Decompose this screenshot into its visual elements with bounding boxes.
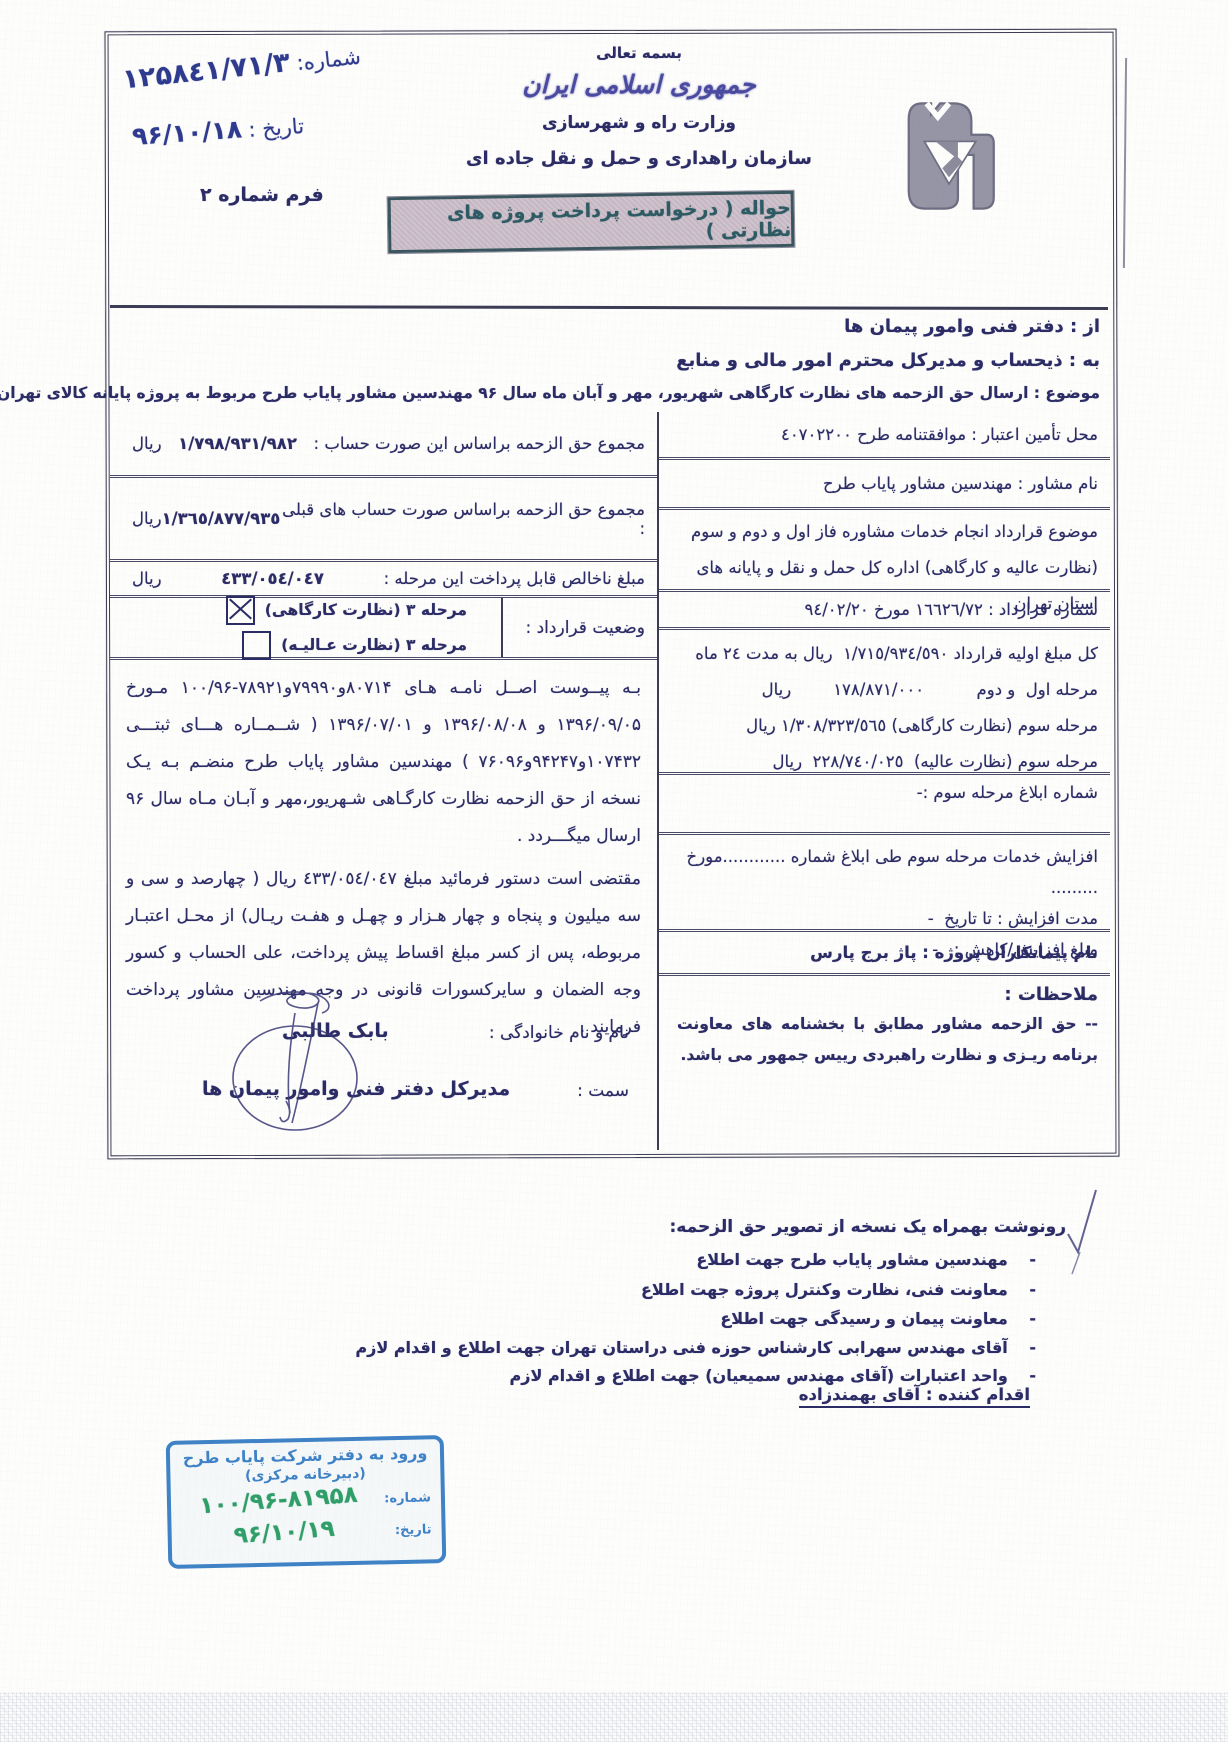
checkbox-empty-icon [242, 631, 271, 660]
letter-body: بـه پیــوست اصــل نامـه هـای ۸۰۷۱۴و۷۹۹۹۰… [110, 660, 657, 995]
status-option-site-supervision-label: مرحله ۳ (نظارت کارگاهی) [265, 601, 467, 619]
total-amount-line: کل مبلغ اولیه قرارداد ١/٧١٥/٩٣٤/٥٩٠ ریال… [671, 636, 1098, 672]
bismillah-text: بسمه تعالی [514, 44, 764, 62]
cc-item-text: مهندسین مشاور پایاب طرح جهت اطلاع [696, 1250, 1007, 1269]
status-option-high-supervision: مرحله ۳ (نظارت عـالیـه) [110, 631, 467, 660]
consultant-name-row: نام مشاور : مهندسین مشاور پایاب طرح [659, 460, 1110, 510]
gross-payable-label: مبلغ ناخالص قابل پرداخت این مرحله : [384, 569, 645, 588]
service-increase-row: افزایش خدمات مرحله سوم طی ابلاغ شماره ..… [659, 835, 1110, 932]
cc-list-item: - معاونت فنی، نظارت وکنترل پروژه جهت اطل… [641, 1280, 1036, 1299]
letter-body-paragraph-1: بـه پیــوست اصــل نامـه هـای ۸۰۷۱۴و۷۹۹۹۰… [126, 670, 641, 855]
remarks-text: -- حق الزحمه مشاور مطابق با بخشنامه های … [671, 1009, 1098, 1071]
ministry-name: وزارت راه و شهرسازی [489, 113, 789, 133]
gross-payable-row: مبلغ ناخالص قابل پرداخت این مرحله : ٤٣٣/… [110, 562, 657, 598]
cc-list-item: - آقای مهندس سهرابی کارشناس حوزه فنی درا… [355, 1338, 1036, 1357]
contract-status-options: مرحله ۳ (نظارت کارگاهی) مرحله ۳ (نظارت ع… [110, 598, 501, 657]
reference-number-label: شماره: [295, 45, 362, 76]
list-dash-icon: - [1029, 1309, 1036, 1328]
current-invoice-total-row: مجموع حق الزحمه براساس این صورت حساب : ١… [110, 412, 657, 478]
contract-subject-row: موضوع قرارداد انجام خدمات مشاوره فاز اول… [659, 510, 1110, 592]
phase-3-site-supervision-amount-line: مرحله سوم (نظارت کارگاهی) ١/٣٠٨/٣٢٣/٥٦٥ … [671, 708, 1098, 744]
previous-invoices-total-value: ١/٣٦٥/٨٧٧/٩٣٥ [162, 509, 281, 528]
contract-status-label: وضعیت قرارداد : [501, 598, 657, 657]
scan-artifact-streak [1123, 58, 1127, 268]
increase-duration-line: مدت افزایش : تا تاریخ - [671, 903, 1098, 934]
funding-source-row: محل تأمین اعتبار : موافقتنامه طرح ٤٠٧٠٢٢… [659, 412, 1110, 460]
checkbox-checked-icon [226, 596, 255, 625]
previous-invoices-total-label: مجموع حق الزحمه براساس صورت حساب های قبل… [280, 500, 645, 538]
to-line: به : ذیحساب و مدیرکل محترم امور مالی و م… [676, 350, 1100, 371]
scan-noise-band [0, 1692, 1228, 1742]
company-entry-stamp: ورود به دفتر شرکت پایاب طرح (دبیرخانه مر… [166, 1435, 447, 1569]
handwritten-signature [200, 973, 400, 1153]
road-maintenance-organization-logo-icon [893, 90, 1005, 222]
from-line: از : دفتر فنی وامور پیمان ها [844, 316, 1100, 337]
current-invoice-total-value: ١/٧٩٨/٩٣١/٩٨٢ [178, 434, 297, 453]
date-label: تاریخ : [248, 114, 305, 142]
cc-list-item: - مهندسین مشاور پایاب طرح جهت اطلاع [696, 1250, 1036, 1269]
handwritten-checkmark-icon [1058, 1186, 1104, 1276]
funding-source-text: محل تأمین اعتبار : موافقتنامه طرح ٤٠٧٠٢٢… [781, 425, 1098, 444]
document-title-box: حواله ( درخواست پرداخت پروژه های نظارتی … [388, 191, 795, 253]
increase-notice-line: افزایش خدمات مرحله سوم طی ابلاغ شماره ..… [671, 841, 1098, 903]
previous-invoices-total-unit: ریال [132, 509, 162, 528]
remarks-label: ملاحظات : [671, 984, 1098, 1005]
signatory-name-label: نام و نام خانوادگی : [489, 1023, 629, 1043]
previous-invoices-total-row: مجموع حق الزحمه براساس صورت حساب های قبل… [110, 478, 657, 562]
stamp-date-label: تاریخ: [395, 1522, 432, 1538]
contract-amounts-row: کل مبلغ اولیه قرارداد ١/٧١٥/٩٣٤/٥٩٠ ریال… [659, 630, 1110, 775]
consultant-name-text: نام مشاور : مهندسین مشاور پایاب طرح [823, 474, 1098, 493]
gross-payable-unit: ریال [132, 569, 162, 588]
contract-status-row: وضعیت قرارداد : مرحله ۳ (نظارت کارگاهی) … [110, 598, 657, 660]
list-dash-icon: - [1029, 1366, 1036, 1385]
list-dash-icon: - [1029, 1338, 1036, 1357]
cc-item-text: معاونت فنی، نظارت وکنترل پروژه جهت اطلاع [641, 1280, 1008, 1299]
project-contractors-row: نام پیمانکاران پروژه : پاژ برج پارس [659, 932, 1110, 976]
cc-item-text: معاونت پیمان و رسیدگی جهت اطلاع [720, 1309, 1007, 1328]
cc-list-item: - واحد اعتبارات (آقای مهندس سمیعیان) جهت… [510, 1366, 1036, 1385]
document-title: حواله ( درخواست پرداخت پروژه های نظارتی … [391, 197, 792, 247]
stamp-number-row: شماره: ۱۰۰/۹۶-۸۱۹۵۸ [181, 1481, 432, 1518]
status-option-high-supervision-label: مرحله ۳ (نظارت عـالیـه) [281, 636, 467, 654]
action-officer-line: اقدام کننده : آقای بهمندزاده [799, 1385, 1030, 1408]
contract-number-row: شماره قرارداد : ١٦٦٢٦/٧٢ مورخ ٩٤/٠٢/٢٠ [659, 592, 1110, 630]
notification-number-text: شماره ابلاغ مرحله سوم :- [917, 783, 1098, 802]
phase-1-2-amount-line: مرحله اول و دوم ١٧٨/٨٧١/٠٠٠ ریال [671, 672, 1098, 708]
current-invoice-total-unit: ریال [132, 434, 162, 453]
signature-block: نام و نام خانوادگی : بابک طالبی سمت : مد… [110, 995, 657, 1150]
signatory-position-label: سمت : [577, 1081, 629, 1101]
current-invoice-total-label: مجموع حق الزحمه براساس این صورت حساب : [314, 434, 645, 453]
cc-list-heading: رونوشت بهمراه یک نسخه از تصویر حق الزحمه… [670, 1217, 1067, 1237]
stamp-number-label: شماره: [384, 1490, 431, 1506]
table-left-column: مجموع حق الزحمه براساس این صورت حساب : ١… [110, 412, 657, 1150]
status-option-site-supervision: مرحله ۳ (نظارت کارگاهی) [110, 596, 467, 625]
project-contractors-text: نام پیمانکاران پروژه : پاژ برج پارس [810, 943, 1098, 962]
cc-item-text: آقای مهندس سهرابی کارشناس حوزه فنی دراست… [355, 1338, 1007, 1357]
notification-number-row: شماره ابلاغ مرحله سوم :- [659, 775, 1110, 835]
form-number: فرم شماره ۲ [200, 184, 324, 206]
cc-list-item: - معاونت پیمان و رسیدگی جهت اطلاع [720, 1309, 1036, 1328]
list-dash-icon: - [1029, 1250, 1036, 1269]
cc-item-text: واحد اعتبارات (آقای مهندس سمیعیان) جهت ا… [510, 1366, 1008, 1385]
table-right-column: محل تأمین اعتبار : موافقتنامه طرح ٤٠٧٠٢٢… [659, 412, 1110, 1150]
subject-line: موضوع : ارسال حق الزحمه های نظارت کارگاه… [0, 384, 1100, 402]
list-dash-icon: - [1029, 1280, 1036, 1299]
organization-name: سازمان راهداری و حمل و نقل جاده ای [444, 148, 834, 169]
scanned-document-page: شماره: ۱۲۵۸٤۱/۷۱/۳ تاریخ : ۹۶/۱۰/۱۸ فرم … [0, 0, 1228, 1742]
gross-payable-value: ٤٣٣/٠٥٤/٠٤٧ [221, 569, 324, 588]
stamp-date-row: تاریخ: ۹۶/۱۰/۱۹ [181, 1513, 432, 1550]
remarks-row: ملاحظات : -- حق الزحمه مشاور مطابق با بخ… [659, 976, 1110, 1150]
contract-number-text: شماره قرارداد : ١٦٦٢٦/٧٢ مورخ ٩٤/٠٢/٢٠ [804, 600, 1098, 619]
republic-title: جمهوری اسلامی ایران [454, 70, 824, 99]
